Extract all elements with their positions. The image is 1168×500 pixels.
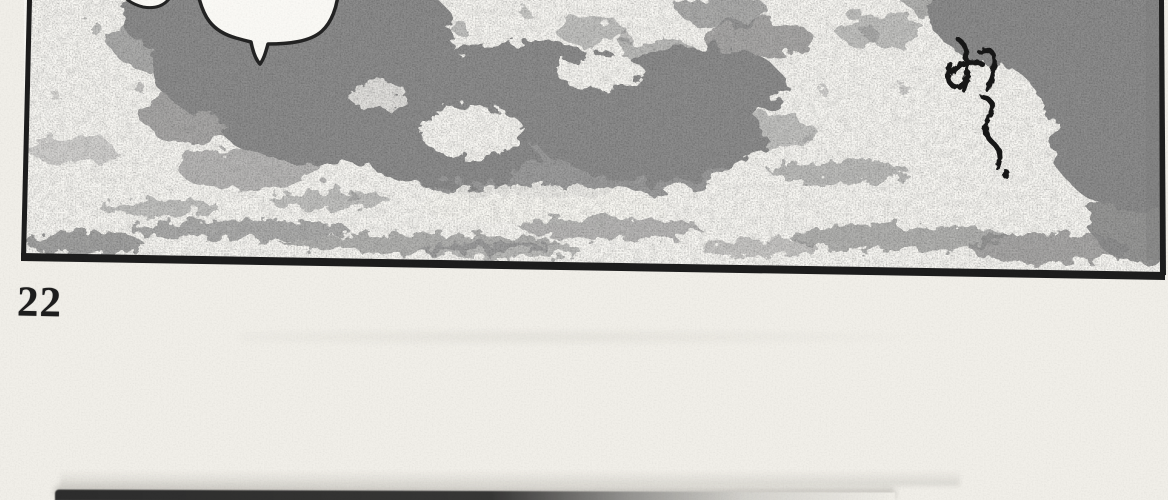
panel-artwork	[0, 0, 1168, 500]
next-page-edge-strip	[55, 490, 895, 500]
paper-grain	[0, 0, 1168, 500]
paper-smudge-bottom	[60, 470, 960, 486]
manga-page: 22	[0, 0, 1168, 500]
page-number: 22	[17, 281, 63, 325]
paper-smudge	[240, 328, 960, 346]
